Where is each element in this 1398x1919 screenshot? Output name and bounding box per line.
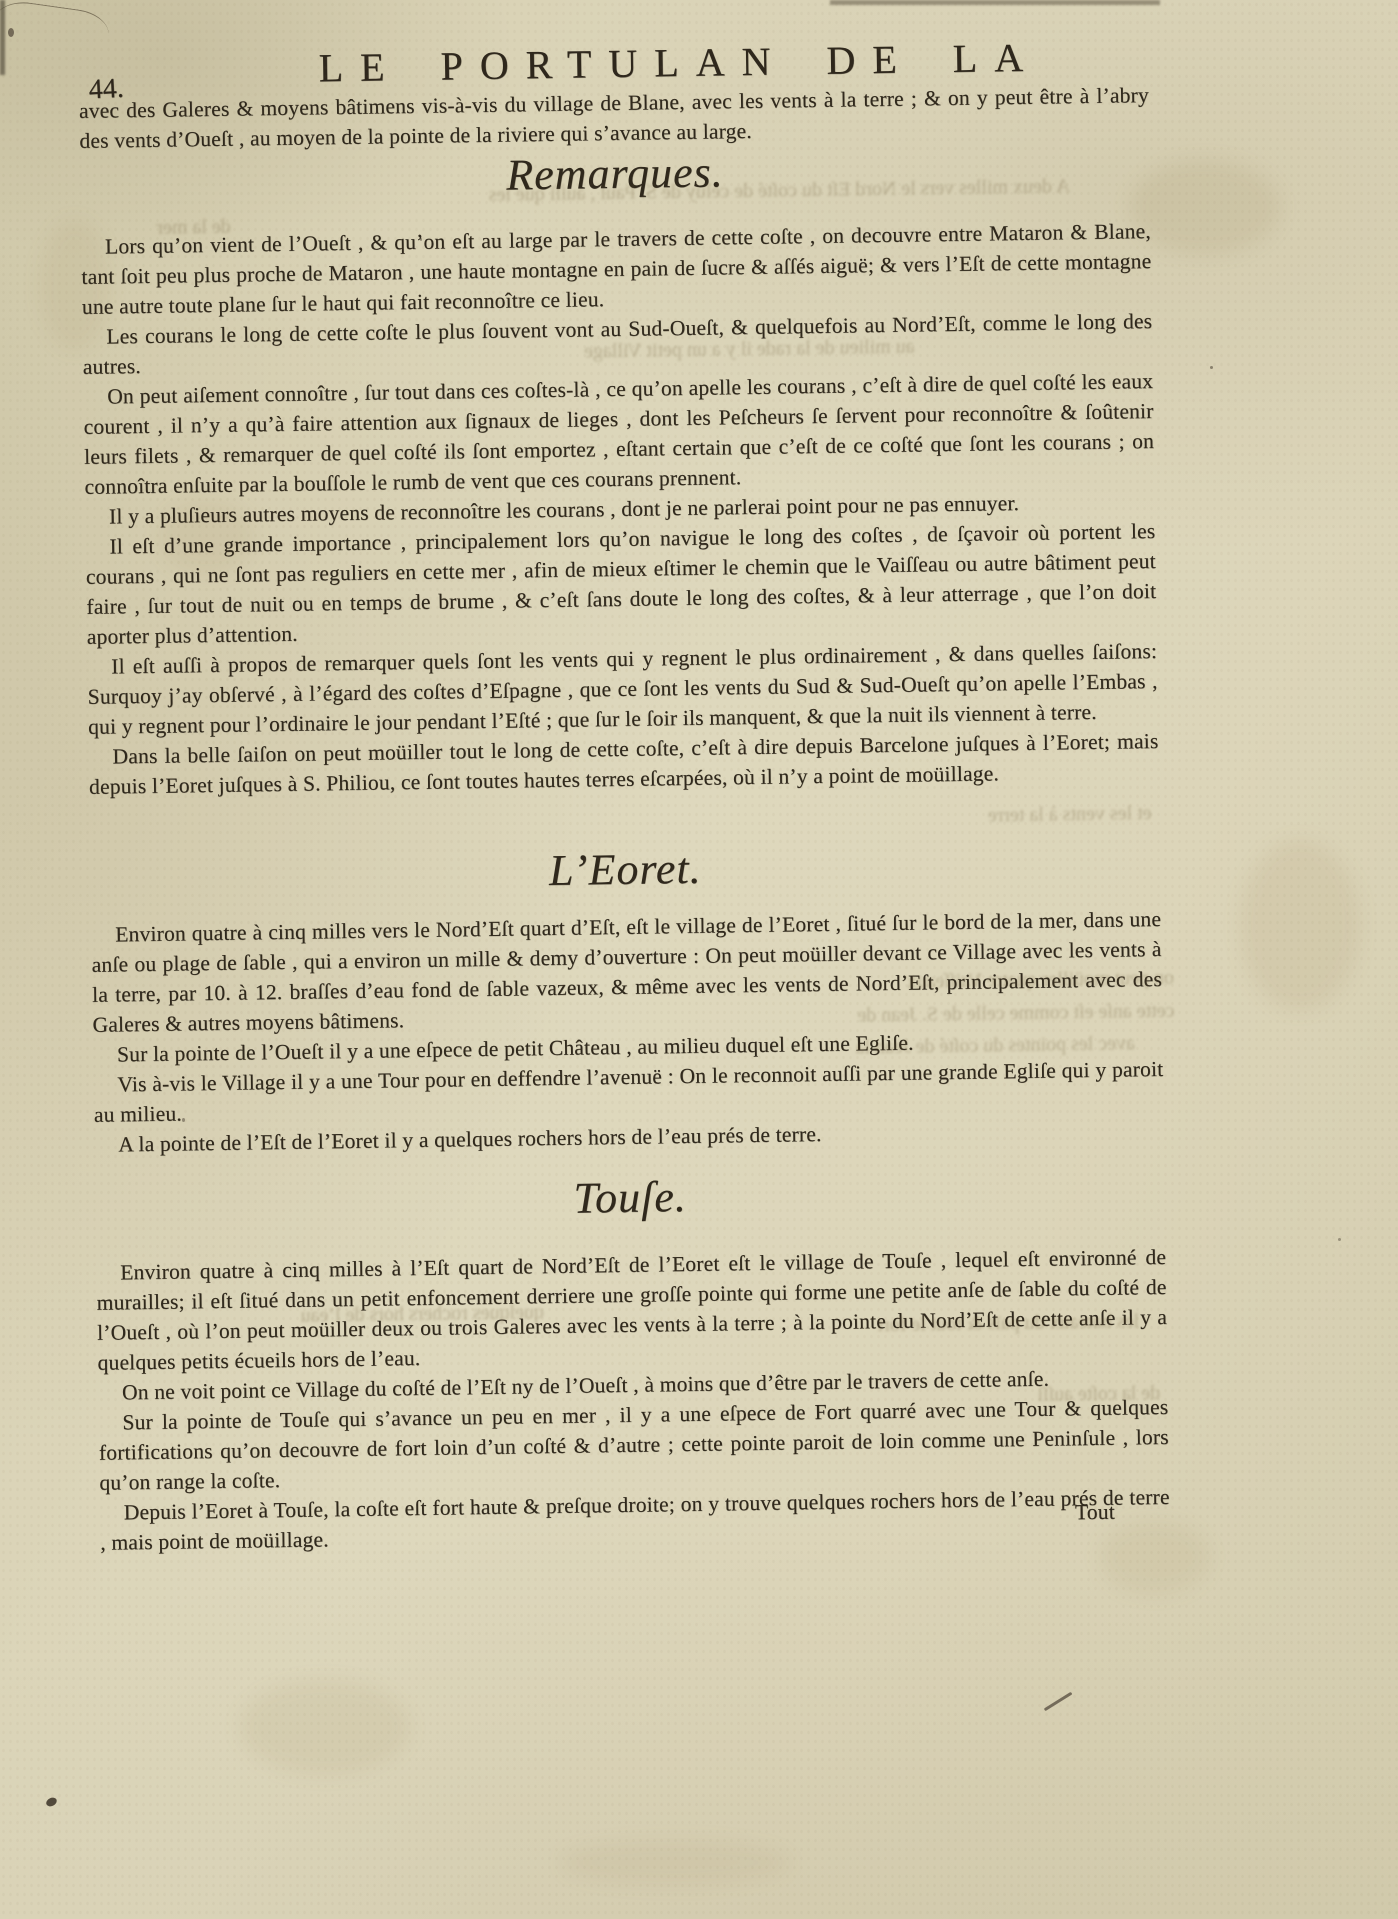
paragraph: Il eſt d’une grande importance , princip… — [85, 516, 1157, 652]
ink-speck — [1210, 366, 1213, 369]
paper-stain — [1240, 840, 1360, 1010]
text-block: avec des Galeres & moyens bâtimens vis-à… — [79, 80, 1170, 1542]
paragraph: On peut aiſement connoître , ſur tout da… — [83, 366, 1155, 502]
paper-stain — [240, 1680, 410, 1775]
paper-stain — [1130, 160, 1280, 255]
paper-stain — [560, 1840, 790, 1885]
paragraph: Environ quatre à cinq milles vers le Nor… — [91, 904, 1163, 1040]
ink-speck — [1338, 1238, 1341, 1241]
edge-shadow-top — [830, 0, 1160, 5]
ink-speck — [8, 28, 14, 37]
scanned-book-page: A deux milles vers le Nord Eſt du coſté … — [0, 0, 1398, 1919]
page-content: A deux milles vers le Nord Eſt du coſté … — [78, 32, 1170, 1542]
ink-speck — [45, 1796, 58, 1808]
edge-shadow-left — [0, 0, 5, 75]
section-heading-touse: Touſe. — [95, 1166, 1166, 1230]
pen-slash — [1044, 1692, 1073, 1711]
paragraph: Lors qu’on vient de l’Oueſt , & qu’on eſ… — [81, 216, 1152, 322]
paragraph: Il eſt auſſi à propos de remarquer quels… — [87, 636, 1158, 742]
paragraph: Environ quatre à cinq milles à l’Eſt qua… — [96, 1242, 1168, 1378]
paragraph: Sur la pointe de Touſe qui s’avance un p… — [98, 1392, 1169, 1498]
page-number: 44. — [88, 73, 125, 107]
section-heading-eoret: L’Eoret. — [90, 838, 1161, 902]
